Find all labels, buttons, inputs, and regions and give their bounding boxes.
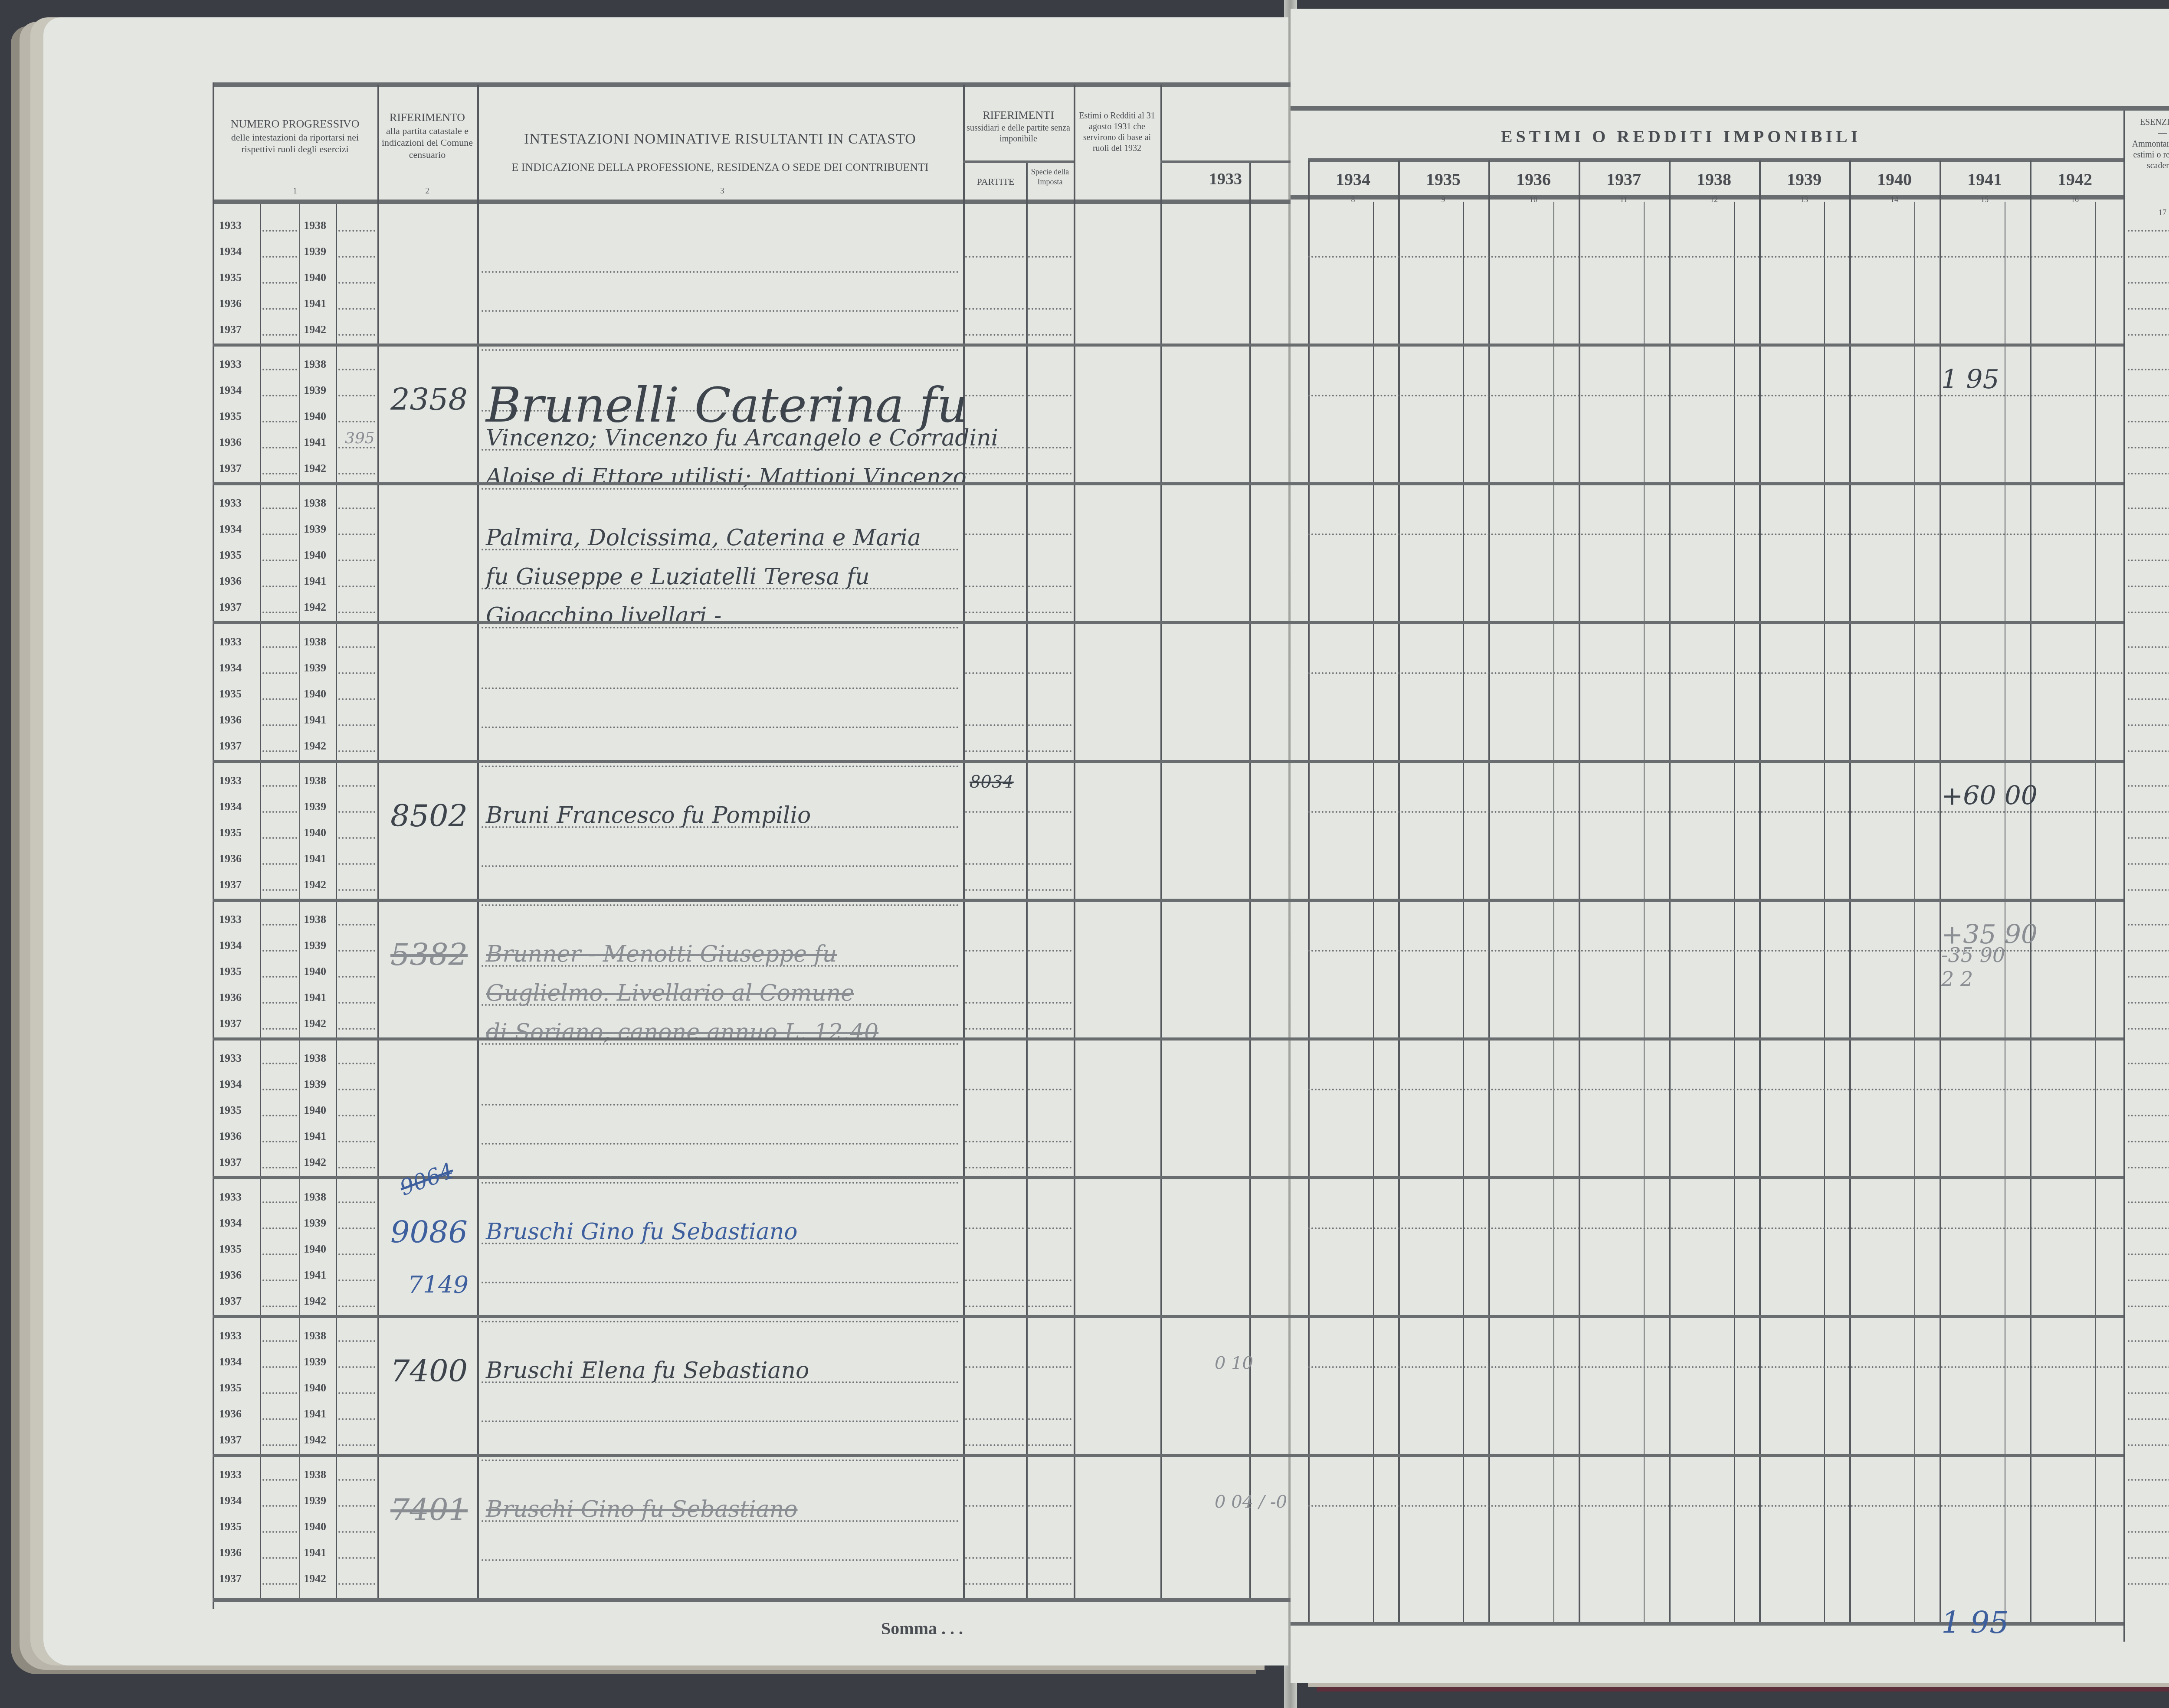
year-label: 1940 xyxy=(304,1520,326,1533)
year-label: 1941 xyxy=(304,1269,326,1282)
esenzioni-line xyxy=(2128,1028,2169,1030)
col-divider xyxy=(963,85,965,1598)
entry-name-line: Bruschi Gino fu Sebastiano xyxy=(486,1219,797,1245)
year-label: 1936 xyxy=(219,575,242,588)
dotted-line xyxy=(338,1418,375,1420)
dotted-line xyxy=(1028,1366,1071,1368)
year-col-number: 10 xyxy=(1525,195,1542,204)
year-label: 1939 xyxy=(304,245,326,258)
dotted-line xyxy=(338,1253,375,1255)
year-label: 1942 xyxy=(304,462,326,475)
dotted-line xyxy=(338,750,375,752)
dotted-line xyxy=(338,924,375,926)
col-subdivider xyxy=(2095,202,2096,1622)
esenzioni-line xyxy=(2128,421,2169,422)
year-header-1940: 1940 xyxy=(1849,169,1940,190)
dotted-line xyxy=(262,473,297,474)
col5-title: Specie della Imposta xyxy=(1027,167,1073,187)
estimi-title: ESTIMI O REDDITI IMPONIBILI xyxy=(1377,126,1985,147)
dotted-line xyxy=(338,1279,375,1281)
dotted-line xyxy=(1028,395,1071,396)
dotted-line xyxy=(262,1340,297,1342)
partite-ref: 8034 xyxy=(970,772,1014,792)
year-label: 1940 xyxy=(304,271,326,284)
dotted-line xyxy=(262,1444,297,1446)
col-divider xyxy=(1759,160,1761,1622)
year-label: 1933 xyxy=(219,635,242,648)
year-label: 1935 xyxy=(219,687,242,700)
year-label: 1942 xyxy=(304,1572,326,1585)
esenzioni-line xyxy=(2128,750,2169,752)
dotted-line xyxy=(262,1366,297,1368)
year-label: 1937 xyxy=(219,462,242,475)
dotted-line xyxy=(965,1505,1024,1507)
col2-title: RIFERIMENTO xyxy=(380,111,475,125)
col1-subtitle: delle intestazioni da riportarsi nei ris… xyxy=(215,131,375,155)
dotted-line xyxy=(1028,811,1071,813)
name-line xyxy=(482,766,959,767)
col-subdivider xyxy=(1373,202,1374,1622)
dotted-line xyxy=(338,282,375,284)
entry-name-line: Vincenzo; Vincenzo fu Arcangelo e Corrad… xyxy=(486,425,998,451)
esenzioni-line xyxy=(2128,507,2169,509)
partita-number: 7401 xyxy=(390,1492,468,1528)
dotted-line xyxy=(965,1028,1024,1030)
dotted-line xyxy=(965,750,1024,752)
year-label: 1939 xyxy=(304,1355,326,1368)
year-label: 1933 xyxy=(219,774,242,787)
col1-header: NUMERO PROGRESSIVO delle intestazioni da… xyxy=(215,117,375,155)
header-top-rule xyxy=(1291,106,2169,111)
dotted-line xyxy=(965,1167,1024,1168)
dotted-line xyxy=(338,950,375,952)
dotted-line xyxy=(262,230,297,232)
year-label: 1942 xyxy=(304,1433,326,1446)
dotted-line xyxy=(262,672,297,674)
esenzioni-line xyxy=(2128,863,2169,865)
dotted-line xyxy=(338,1089,375,1090)
right-page: Mod. 111 - Imposte Dirette (Intercalare)… xyxy=(1291,9,2169,1683)
col-subdivider xyxy=(2005,202,2005,1622)
year-label: 1938 xyxy=(304,219,326,232)
name-line xyxy=(482,1321,959,1322)
year-label: 1934 xyxy=(219,245,242,258)
dotted-line xyxy=(338,837,375,839)
dotted-line xyxy=(262,282,297,284)
value-line xyxy=(1308,811,2123,813)
dotted-line xyxy=(262,976,297,978)
col-divider xyxy=(1249,160,1251,1598)
partita-number: 5382 xyxy=(390,937,468,972)
esenzioni-line xyxy=(2128,1227,2169,1229)
year-label: 1942 xyxy=(304,323,326,336)
year-label: 1934 xyxy=(219,939,242,952)
dotted-line xyxy=(262,724,297,726)
year-label: 1941 xyxy=(304,1130,326,1143)
year-label: 1937 xyxy=(219,323,242,336)
col45-header: RIFERIMENTI sussidiari e delle partite s… xyxy=(965,108,1071,144)
dotted-line xyxy=(338,1557,375,1559)
dotted-line xyxy=(965,308,1024,310)
year-label: 1934 xyxy=(219,800,242,813)
col-divider xyxy=(1308,160,1310,1622)
col-subdivider xyxy=(1914,202,1915,1622)
year-col-number: 11 xyxy=(1615,195,1632,204)
dotted-line xyxy=(1028,612,1071,613)
esenzioni-line xyxy=(2128,950,2169,952)
year-header-1934: 1934 xyxy=(1308,169,1398,190)
year-label: 1934 xyxy=(219,384,242,397)
dotted-line xyxy=(262,924,297,926)
entry-separator xyxy=(1291,1037,2123,1041)
dotted-line xyxy=(965,811,1024,813)
dotted-line xyxy=(338,586,375,587)
entry-separator xyxy=(213,1037,1314,1041)
dotted-line xyxy=(262,785,297,787)
year-label: 1936 xyxy=(219,713,242,726)
year-label: 1942 xyxy=(304,1295,326,1308)
dotted-line xyxy=(1028,1583,1071,1585)
year-label: 1935 xyxy=(219,1520,242,1533)
dotted-line xyxy=(338,533,375,535)
dotted-line xyxy=(262,334,297,336)
year-label: 1934 xyxy=(219,1355,242,1368)
dotted-line xyxy=(262,447,297,448)
name-line xyxy=(482,1559,959,1561)
col2-subtitle: alla partita catastale e indicazioni del… xyxy=(380,125,475,161)
dotted-line xyxy=(262,698,297,700)
dotted-line xyxy=(262,1002,297,1004)
col-divider xyxy=(2123,111,2125,1642)
entry-name-line: Bruni Francesco fu Pompilio xyxy=(486,802,811,828)
dotted-line xyxy=(1028,256,1071,258)
dotted-line xyxy=(965,533,1024,535)
entry-name-line: fu Giuseppe e Luziatelli Teresa fu xyxy=(486,564,870,590)
dotted-line xyxy=(262,1253,297,1255)
name-line xyxy=(482,865,959,867)
dotted-line xyxy=(262,889,297,891)
entry-name-line: Aloise di Ettore utilisti; Mattioni Vinc… xyxy=(486,464,967,490)
year-label: 1939 xyxy=(304,1217,326,1230)
col-divider xyxy=(377,85,379,1598)
year-label: 1933 xyxy=(219,219,242,232)
year-label: 1942 xyxy=(304,601,326,614)
entry-name-line: Gioacchino livellari - xyxy=(486,603,721,629)
year-label: 1937 xyxy=(219,601,242,614)
year-col-number: 14 xyxy=(1886,195,1903,204)
year-label: 1941 xyxy=(304,1407,326,1420)
year-label: 1934 xyxy=(219,661,242,674)
dotted-line xyxy=(1028,672,1071,674)
dotted-line xyxy=(338,811,375,813)
col-subdivider xyxy=(1644,202,1645,1622)
dotted-line xyxy=(338,308,375,310)
dotted-line xyxy=(1028,1279,1071,1281)
dotted-line xyxy=(965,586,1024,587)
dotted-line xyxy=(338,1505,375,1507)
year-label: 1939 xyxy=(304,1078,326,1091)
dotted-line xyxy=(262,421,297,422)
value-line xyxy=(1308,1089,2123,1090)
esenzioni-line xyxy=(2128,785,2169,787)
dotted-line xyxy=(338,646,375,648)
name-line xyxy=(482,1104,959,1106)
partita-number: 7400 xyxy=(390,1353,468,1389)
esenzioni-line xyxy=(2128,924,2169,926)
col-divider xyxy=(2030,160,2031,1622)
year-label: 1936 xyxy=(219,297,242,310)
dotted-line xyxy=(338,560,375,561)
year-label: 1939 xyxy=(304,661,326,674)
col-divider xyxy=(1398,160,1400,1622)
dotted-line xyxy=(338,672,375,674)
esenzioni-line xyxy=(2128,1392,2169,1394)
dotted-line xyxy=(338,1583,375,1585)
dotted-line xyxy=(338,395,375,396)
entry-separator xyxy=(213,760,1314,763)
dotted-line xyxy=(262,1505,297,1507)
esenzioni-line xyxy=(2128,811,2169,813)
dotted-line xyxy=(1028,447,1071,448)
dotted-line xyxy=(262,308,297,310)
year-header-1939: 1939 xyxy=(1759,169,1849,190)
dotted-line xyxy=(262,750,297,752)
dotted-line xyxy=(338,256,375,258)
col1-number: 1 xyxy=(286,187,304,196)
dotted-line xyxy=(1028,1141,1071,1142)
col6-title: Estimi o Redditi al 31 agosto 1931 che s… xyxy=(1076,111,1158,154)
year-label: 1940 xyxy=(304,549,326,562)
year-label: 1936 xyxy=(219,1269,242,1282)
partita-number: 8502 xyxy=(390,798,468,834)
dotted-line xyxy=(965,1306,1024,1307)
dotted-line xyxy=(338,889,375,891)
left-page: NUMERO PROGRESSIVO delle intestazioni da… xyxy=(43,17,1288,1665)
col7-value: 0 10 xyxy=(1215,1353,1253,1373)
dotted-line xyxy=(1028,889,1071,891)
esenzioni-line xyxy=(2128,1002,2169,1004)
entry-separator xyxy=(213,1176,1314,1179)
year-label: 1941 xyxy=(304,297,326,310)
esenzioni-line xyxy=(2128,1479,2169,1481)
year-label: 1939 xyxy=(304,384,326,397)
esenzioni-line xyxy=(2128,724,2169,726)
dotted-line xyxy=(965,1141,1024,1142)
esenzioni-line xyxy=(2128,308,2169,310)
year-label: 1939 xyxy=(304,523,326,536)
col7-sub-rule xyxy=(1160,160,1291,163)
dotted-line xyxy=(965,612,1024,613)
dotted-line xyxy=(262,1201,297,1203)
value-line xyxy=(1308,1505,2123,1507)
year-label: 1934 xyxy=(219,1494,242,1507)
year-label: 1941 xyxy=(304,713,326,726)
dotted-line xyxy=(338,1366,375,1368)
year-label: 1939 xyxy=(304,1494,326,1507)
dotted-line xyxy=(262,1227,297,1229)
value-1941: +60 00 xyxy=(1941,781,2038,811)
entry-name-line: Guglielmo. Livellario al Comune xyxy=(486,980,854,1006)
esenzioni-line xyxy=(2128,230,2169,232)
year-label: 1937 xyxy=(219,1156,242,1169)
esenzioni-line xyxy=(2128,1505,2169,1507)
dotted-line xyxy=(338,1340,375,1342)
entry-separator xyxy=(1291,344,2123,347)
year-label: 1942 xyxy=(304,739,326,753)
value-line xyxy=(1308,395,2123,396)
dotted-line xyxy=(1028,1418,1071,1420)
esenzioni-line xyxy=(2128,586,2169,587)
name-line xyxy=(482,904,959,906)
year-header-1942: 1942 xyxy=(2030,169,2120,190)
partita-number: 2358 xyxy=(390,382,468,417)
value-1941: -35 90 xyxy=(1941,943,2005,967)
riferimenti-sub-rule xyxy=(963,160,1074,163)
year-header-1941: 1941 xyxy=(1940,169,2030,190)
entry-separator xyxy=(1291,760,2123,763)
esenzioni-line xyxy=(2128,698,2169,700)
dotted-line xyxy=(965,256,1024,258)
year-label: 1933 xyxy=(219,1191,242,1204)
left-frame-line xyxy=(213,82,214,1609)
year-label: 1936 xyxy=(219,1407,242,1420)
year-label: 1937 xyxy=(219,1572,242,1585)
esenzioni-line xyxy=(2128,473,2169,474)
dotted-line xyxy=(338,1201,375,1203)
dotted-line xyxy=(262,1306,297,1307)
year-label: 1935 xyxy=(219,271,242,284)
partita-number-old: 9064 xyxy=(396,1158,457,1201)
side-number: 395 xyxy=(345,429,375,447)
year-label: 1936 xyxy=(219,436,242,449)
esenzioni-line xyxy=(2128,1089,2169,1090)
dotted-line xyxy=(965,1002,1024,1004)
dotted-line xyxy=(262,1028,297,1030)
dotted-line xyxy=(262,560,297,561)
dotted-line xyxy=(338,1227,375,1229)
entry-separator xyxy=(1291,1315,2123,1318)
year-label: 1937 xyxy=(219,739,242,753)
dotted-line xyxy=(262,1141,297,1142)
dotted-line xyxy=(262,369,297,370)
year-label: 1942 xyxy=(304,1156,326,1169)
entry-name-line: Palmira, Dolcissima, Caterina e Maria xyxy=(486,525,921,551)
year-col-number: 9 xyxy=(1435,195,1452,204)
dotted-line xyxy=(338,230,375,232)
dotted-line xyxy=(262,1479,297,1481)
year-label: 1938 xyxy=(304,635,326,648)
dotted-line xyxy=(1028,863,1071,865)
esenzioni-subtitle: Ammontare degli estimi o redditi e scade… xyxy=(2126,139,2169,171)
entry-separator xyxy=(213,1454,1314,1457)
partita-number: 9086 xyxy=(390,1214,468,1250)
value-line xyxy=(1308,1366,2123,1368)
year-col-number: 16 xyxy=(2066,195,2084,204)
dotted-line xyxy=(338,1167,375,1168)
dotted-line xyxy=(262,533,297,535)
partita-number-new: 7149 xyxy=(408,1271,469,1299)
name-line xyxy=(482,1459,959,1461)
year-label: 1933 xyxy=(219,913,242,926)
dotted-line xyxy=(965,1557,1024,1559)
dotted-line xyxy=(338,1392,375,1394)
value-1941: 2 2 xyxy=(1941,967,1973,991)
dotted-line xyxy=(1028,950,1071,952)
name-line xyxy=(482,310,959,312)
year-label: 1939 xyxy=(304,939,326,952)
year-label: 1941 xyxy=(304,436,326,449)
dotted-line xyxy=(965,889,1024,891)
entry-separator xyxy=(213,1315,1314,1318)
dotted-line xyxy=(1028,1557,1071,1559)
col45-subtitle: sussidiari e delle partite senza imponib… xyxy=(965,123,1071,144)
entry-name-line: di Soriano, canone annuo L. 12.40 xyxy=(486,1019,878,1045)
esenzioni-line xyxy=(2128,1418,2169,1420)
year-header-1936: 1936 xyxy=(1488,169,1579,190)
dotted-line xyxy=(965,1583,1024,1585)
esenzioni-line xyxy=(2128,1366,2169,1368)
year-label: 1938 xyxy=(304,497,326,510)
dotted-line xyxy=(338,507,375,509)
esenzioni-line xyxy=(2128,282,2169,284)
esenzioni-line xyxy=(2128,395,2169,396)
dotted-line xyxy=(1028,1444,1071,1446)
name-line xyxy=(482,271,959,273)
dotted-line xyxy=(338,1531,375,1533)
dotted-line xyxy=(338,1479,375,1481)
dotted-line xyxy=(1028,533,1071,535)
year-label: 1935 xyxy=(219,410,242,423)
esenzioni-line xyxy=(2128,1531,2169,1533)
dotted-line xyxy=(965,334,1024,336)
esenzioni-line xyxy=(2128,1063,2169,1064)
col-subdivider xyxy=(1553,202,1554,1622)
dotted-line xyxy=(262,586,297,587)
esenzioni-line xyxy=(2128,672,2169,674)
dotted-line xyxy=(965,395,1024,396)
year-label: 1941 xyxy=(304,1546,326,1559)
dotted-line xyxy=(262,837,297,839)
year-label: 1933 xyxy=(219,497,242,510)
value-1941: 1 95 xyxy=(1941,364,1999,395)
dotted-line xyxy=(262,1279,297,1281)
table-bottom-rule xyxy=(213,1598,1314,1602)
dotted-line xyxy=(338,976,375,978)
name-line xyxy=(482,1282,959,1283)
esenzioni-dash: — xyxy=(2126,128,2169,139)
value-line xyxy=(1308,1227,2123,1229)
dotted-line xyxy=(338,698,375,700)
col1-title: NUMERO PROGRESSIVO xyxy=(215,117,375,131)
esenzioni-line xyxy=(2128,889,2169,891)
dotted-line xyxy=(338,863,375,865)
entry-separator xyxy=(1291,621,2123,624)
name-line xyxy=(482,726,959,728)
col2-header: RIFERIMENTO alla partita catastale e ind… xyxy=(380,111,475,160)
name-line xyxy=(482,1182,959,1184)
esenzioni-line xyxy=(2128,612,2169,613)
col17-number: 17 xyxy=(2154,208,2169,217)
year-label: 1934 xyxy=(219,1078,242,1091)
year-label: 1933 xyxy=(219,1052,242,1065)
col3-subtitle: E INDICAZIONE DELLA PROFESSIONE, RESIDEN… xyxy=(479,160,961,175)
year-label: 1940 xyxy=(304,1104,326,1117)
dotted-line xyxy=(1028,1028,1071,1030)
col-subdivider xyxy=(1463,202,1464,1622)
esenzioni-line xyxy=(2128,533,2169,535)
dotted-line xyxy=(338,1028,375,1030)
year-header-1937: 1937 xyxy=(1579,169,1669,190)
